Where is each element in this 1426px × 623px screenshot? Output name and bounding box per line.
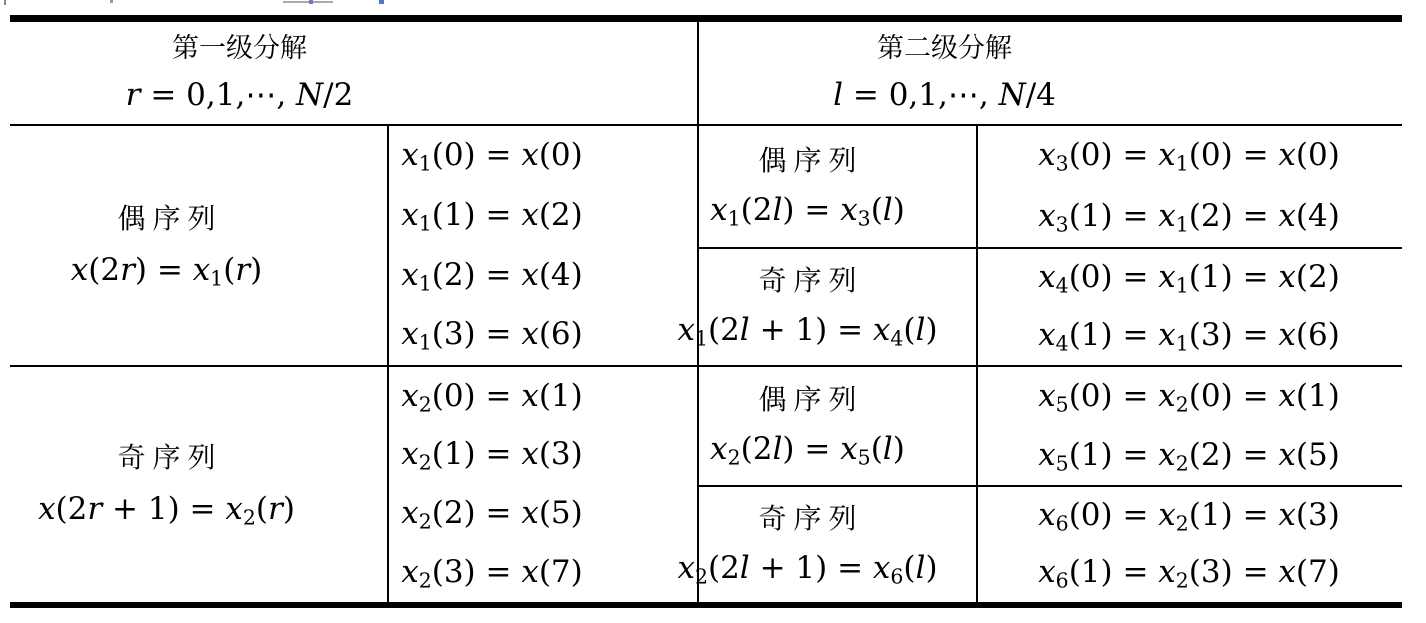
formula: x1(1) = x(2)	[401, 198, 583, 234]
level1-odd-values-cell: x2(0) = x(1) x2(1) = x(3) x2(2) = x(5) x…	[387, 367, 697, 602]
crop-artifact	[4, 0, 6, 5]
odd-sequence-label: 奇序列	[751, 503, 863, 535]
level2-even-even-label-cell: 偶序列 x1(2l) = x3(l)	[697, 126, 976, 247]
formula: x1(3) = x(6)	[401, 317, 583, 353]
even-sequence-label: 偶序列	[751, 145, 863, 177]
formula: x4(0) = x1(1) = x(2)	[1038, 260, 1340, 296]
level2-odd-even-label-cell: 偶序列 x2(2l) = x5(l)	[697, 367, 976, 485]
formula: x5(0) = x2(0) = x(1)	[1038, 379, 1340, 415]
formula: x2(2) = x(5)	[401, 496, 583, 532]
formula: x2(3) = x(7)	[401, 555, 583, 591]
header-level2: 第二级分解 l = 0,1,⋯, N/4	[697, 22, 1402, 124]
even-sequence-formula: x2(2l) = x5(l)	[710, 432, 905, 468]
crop-artifact	[309, 0, 313, 4]
level1-odd-label-cell: 奇序列 x(2r + 1) = x2(r)	[10, 367, 387, 602]
level2-odd-odd-label-cell: 奇序列 x2(2l + 1) = x6(l)	[697, 487, 976, 602]
even-sequence-formula: x(2r) = x1(r)	[71, 253, 262, 289]
odd-sequence-formula: x2(2l + 1) = x6(l)	[677, 551, 937, 587]
header-level2-title: 第二级分解	[877, 33, 1012, 64]
level2-odd-even-values-cell: x5(0) = x2(0) = x(1) x5(1) = x2(2) = x(5…	[976, 367, 1402, 485]
formula: x3(1) = x1(2) = x(4)	[1038, 199, 1340, 235]
odd-sequence-label: 奇序列	[751, 265, 863, 297]
even-sequence-label: 偶序列	[110, 203, 222, 235]
formula: x1(2) = x(4)	[401, 258, 583, 294]
header-level1-title: 第一级分解	[172, 33, 307, 64]
odd-sequence-label: 奇序列	[110, 442, 222, 474]
formula: x4(1) = x1(3) = x(6)	[1038, 318, 1340, 354]
header-level1-range: r = 0,1,⋯, N/2	[126, 78, 354, 114]
formula: x5(1) = x2(2) = x(5)	[1038, 438, 1340, 474]
page: { "table": { "headers": [ { "title": "第一…	[0, 0, 1426, 623]
formula: x2(1) = x(3)	[401, 437, 583, 473]
header-level2-range: l = 0,1,⋯, N/4	[833, 78, 1056, 114]
level2-even-even-values-cell: x3(0) = x1(0) = x(0) x3(1) = x1(2) = x(4…	[976, 126, 1402, 247]
bottom-rule	[10, 602, 1402, 608]
formula: x1(0) = x(0)	[401, 138, 583, 174]
formula: x2(0) = x(1)	[401, 379, 583, 415]
crop-artifact	[379, 0, 384, 4]
even-sequence-label: 偶序列	[751, 384, 863, 416]
level1-even-label-cell: 偶序列 x(2r) = x1(r)	[10, 126, 387, 365]
formula: x6(0) = x2(1) = x(3)	[1038, 498, 1340, 534]
level2-odd-odd-values-cell: x6(0) = x2(1) = x(3) x6(1) = x2(3) = x(7…	[976, 487, 1402, 602]
level1-even-values-cell: x1(0) = x(0) x1(1) = x(2) x1(2) = x(4) x…	[387, 126, 697, 365]
level2-even-odd-label-cell: 奇序列 x1(2l + 1) = x4(l)	[697, 249, 976, 365]
odd-sequence-formula: x1(2l + 1) = x4(l)	[677, 313, 937, 349]
level2-even-odd-values-cell: x4(0) = x1(1) = x(2) x4(1) = x1(3) = x(6…	[976, 249, 1402, 365]
top-rule	[10, 15, 1402, 22]
crop-artifact	[110, 0, 113, 3]
even-sequence-formula: x1(2l) = x3(l)	[710, 193, 905, 229]
decomposition-table: 第一级分解 r = 0,1,⋯, N/2 第二级分解 l = 0,1,⋯, N/…	[10, 15, 1402, 608]
formula: x3(0) = x1(0) = x(0)	[1038, 138, 1340, 174]
formula: x6(1) = x2(3) = x(7)	[1038, 555, 1340, 591]
header-level1: 第一级分解 r = 0,1,⋯, N/2	[10, 22, 697, 124]
odd-sequence-formula: x(2r + 1) = x2(r)	[38, 492, 295, 528]
crop-artifact	[283, 1, 333, 3]
